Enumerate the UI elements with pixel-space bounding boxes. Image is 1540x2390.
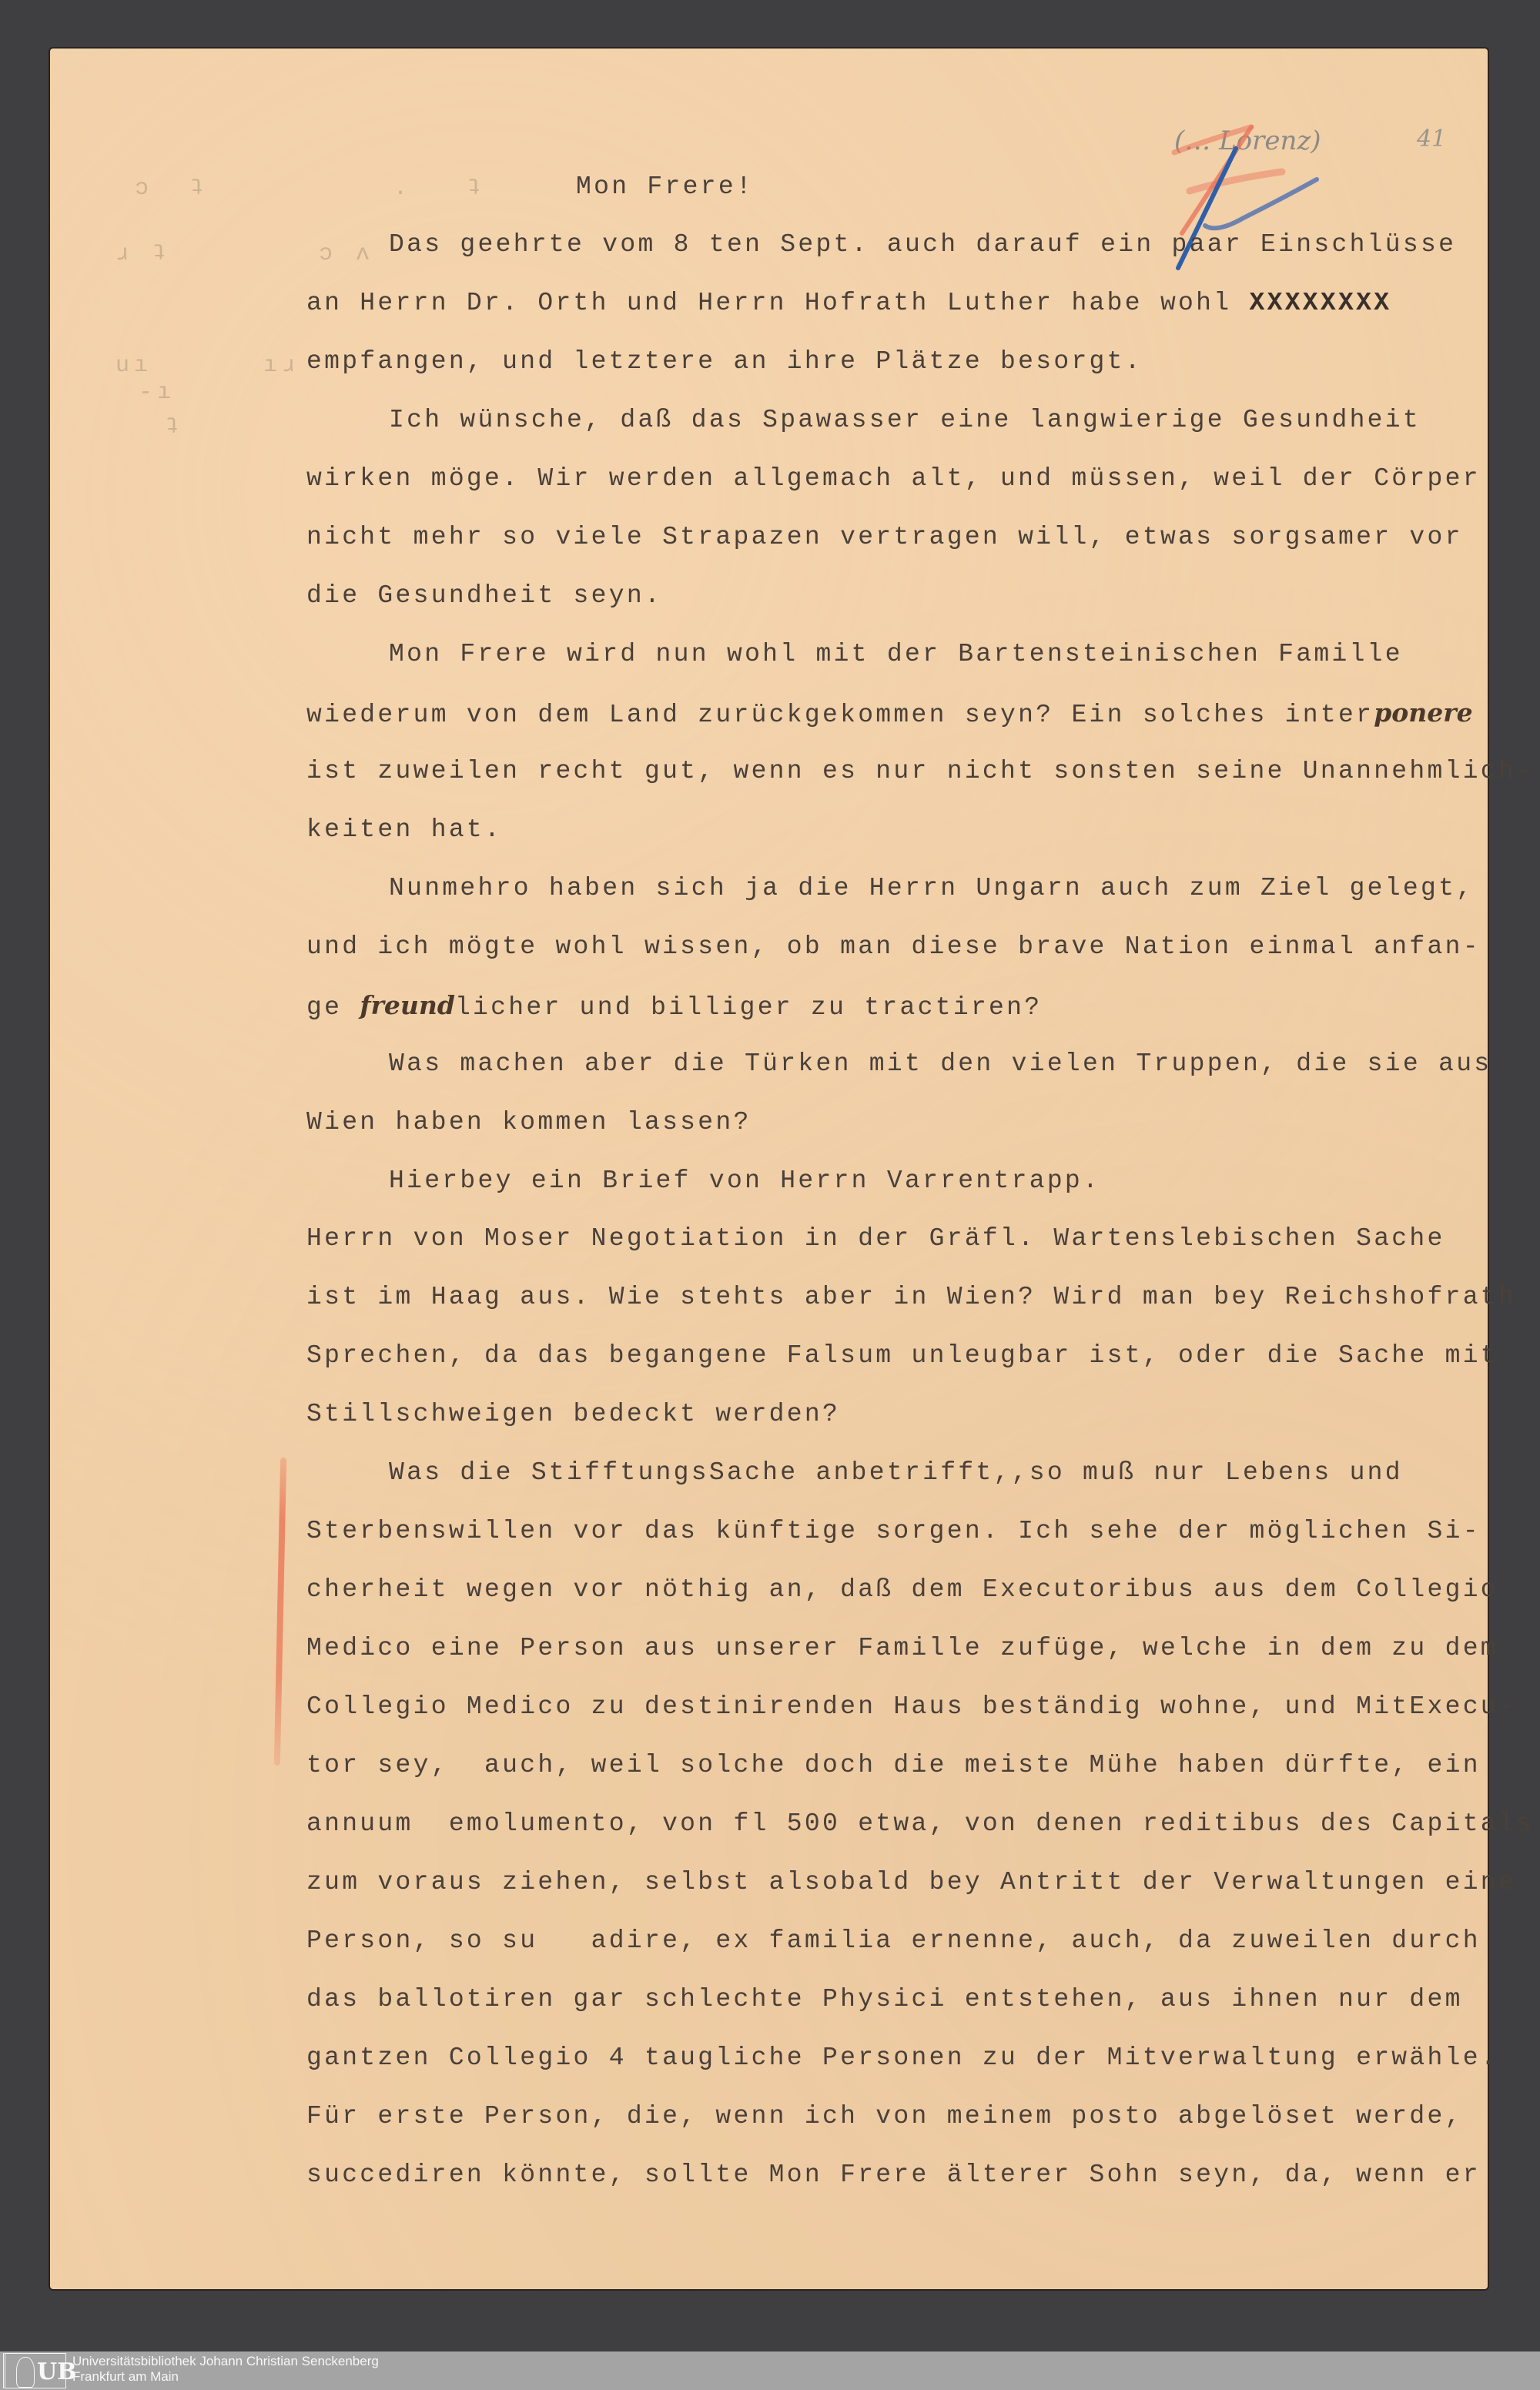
- text-line: empfangen, und letztere an ihre Plätze b…: [306, 346, 1143, 377]
- library-footer: UB Universitätsbibliothek Johann Christi…: [0, 2352, 1540, 2390]
- show-through-text: ɔ ʇ . ʇ: [135, 176, 486, 202]
- text-line: die Gesundheit seyn.: [306, 581, 662, 611]
- text-line: wiederum von dem Land zurückgekommen sey…: [306, 698, 1473, 731]
- institution-line-1: Universitätsbibliothek Johann Christian …: [72, 2354, 379, 2369]
- text-line: Das geehrte vom 8 ten Sept. auch darauf …: [389, 229, 1456, 260]
- text-line: annuum emolumento, von fl 500 etwa, von …: [306, 1809, 1534, 1839]
- text-line: wirken möge. Wir werden allgemach alt, u…: [306, 464, 1481, 494]
- text-line: Wien haben kommen lassen?: [306, 1107, 752, 1138]
- text-line: cherheit wegen vor nöthig an, daß dem Ex…: [306, 1575, 1498, 1605]
- text-line: und ich mögte wohl wissen, ob man diese …: [306, 932, 1481, 962]
- show-through-text: ɹ ʇ ɔ ʌ: [115, 241, 374, 267]
- struck-through-text: XXXXXXXX: [1249, 289, 1391, 317]
- text-line-content: an Herrn Dr. Orth und Herrn Hofrath Luth…: [306, 289, 1249, 317]
- text-line: Für erste Person, die, wenn ich von mein…: [306, 2101, 1463, 2132]
- text-line: Ich wünsche, daß das Spawasser eine lang…: [389, 405, 1421, 436]
- text-line: Collegio Medico zu destinirenden Haus be…: [306, 1692, 1516, 1722]
- institution-line-2: Frankfurt am Main: [72, 2369, 379, 2385]
- portrait-icon: [16, 2357, 35, 2388]
- text-line: Mon Frere wird nun wohl mit der Bartenst…: [389, 639, 1403, 670]
- text-line: ist im Haag aus. Wie stehts aber in Wien…: [306, 1282, 1516, 1313]
- text-line: ist zuweilen recht gut, wenn es nur nich…: [306, 756, 1534, 787]
- text-line-content: wiederum von dem Land zurückgekommen sey…: [306, 701, 1374, 729]
- text-line: nicht mehr so viele Strapazen vertragen …: [306, 522, 1463, 553]
- text-line: Herrn von Moser Negotiation in der Gräfl…: [306, 1223, 1445, 1254]
- institution-name: Universitätsbibliothek Johann Christian …: [72, 2354, 379, 2385]
- ub-logo-text: UB: [37, 2357, 77, 2388]
- text-line-content: licher und billiger zu tractiren?: [455, 993, 1042, 1022]
- text-line: Hierbey ein Brief von Herrn Varrentrapp.: [389, 1166, 1100, 1197]
- handwritten-insert: ponere: [1374, 698, 1472, 728]
- show-through-text: -ı: [139, 380, 176, 406]
- show-through-text: uı ıɹ: [115, 353, 300, 379]
- text-line: Was die StifftungsSache anbetrifft,,so m…: [389, 1458, 1403, 1488]
- text-line: keiten hat.: [306, 815, 502, 845]
- show-through-text: ʇ: [166, 414, 184, 440]
- folio-number: 41: [1417, 126, 1446, 152]
- letter-page: ɔ ʇ . ʇ ɹ ʇ ɔ ʌ uı ıɹ -ı ʇ (… Lorenz) 41…: [50, 49, 1488, 2289]
- text-line: Nunmehro haben sich ja die Herrn Ungarn …: [389, 873, 1474, 904]
- text-line: Sterbenswillen vor das künftige sorgen. …: [306, 1516, 1481, 1547]
- text-line: tor sey, auch, weil solche doch die meis…: [306, 1750, 1481, 1781]
- text-line: gantzen Collegio 4 taugliche Personen zu…: [306, 2043, 1498, 2074]
- text-line: Sprechen, da das begangene Falsum unleug…: [306, 1341, 1498, 1371]
- text-line: Was machen aber die Türken mit den viele…: [389, 1049, 1491, 1080]
- red-margin-mark: [274, 1458, 286, 1766]
- text-line: zum voraus ziehen, selbst alsobald bey A…: [306, 1867, 1516, 1898]
- salutation: Mon Frere!: [576, 172, 754, 203]
- ub-logo: UB: [3, 2353, 66, 2388]
- text-line: Stillschweigen bedeckt werden?: [306, 1399, 840, 1430]
- text-line: an Herrn Dr. Orth und Herrn Hofrath Luth…: [306, 288, 1391, 319]
- text-line: Person, so su adire, ex familia ernenne,…: [306, 1926, 1481, 1957]
- text-line: das ballotiren gar schlechte Physici ent…: [306, 1984, 1463, 2015]
- text-line: ge freundlicher und billiger zu tractire…: [306, 990, 1042, 1023]
- text-line-content: ge: [306, 993, 360, 1022]
- handwritten-insert: freund: [360, 990, 455, 1020]
- text-line: Medico eine Person aus unserer Famille z…: [306, 1633, 1498, 1664]
- text-line: succediren könnte, sollte Mon Frere älte…: [306, 2160, 1481, 2191]
